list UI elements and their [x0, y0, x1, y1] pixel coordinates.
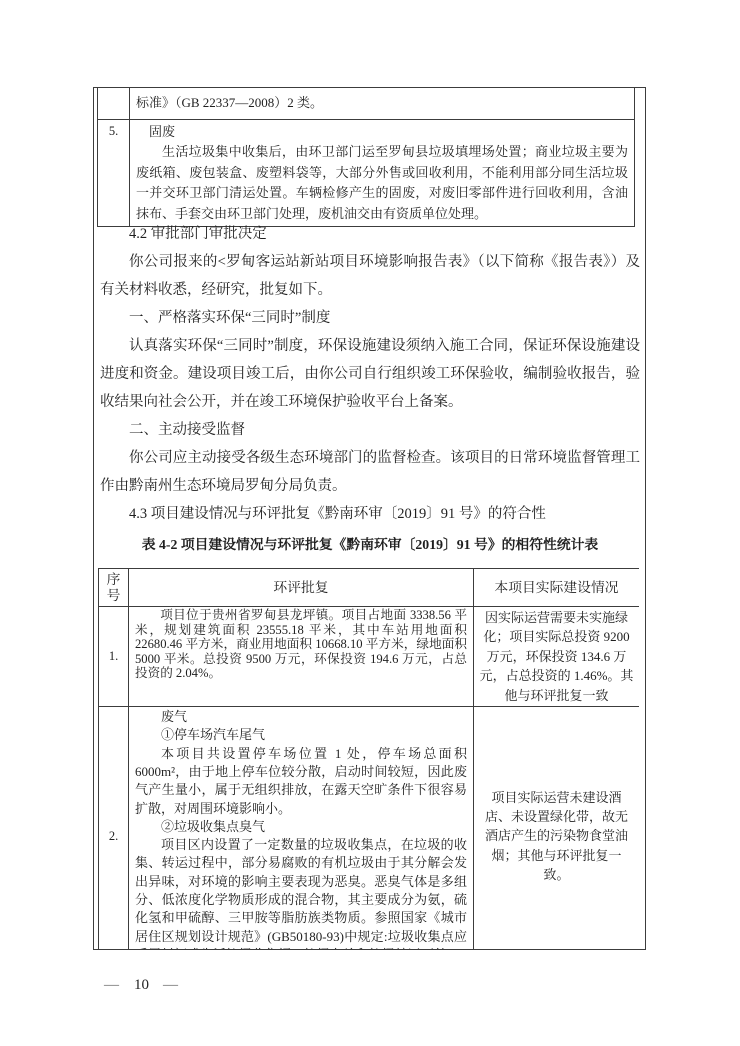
body-text: 4.2 审批部门审批决定 你公司报来的<罗甸客运站新站项目环境影响报告表》（以下…: [100, 220, 640, 557]
header-seq-no: 序号: [99, 569, 129, 607]
approval-paragraph: ①停车场汽车尾气: [135, 726, 467, 744]
section-4-2-heading: 4.2 审批部门审批决定: [100, 220, 640, 248]
row-number-cell: [98, 88, 130, 120]
header-approval: 环评批复: [129, 569, 474, 607]
approval-paragraph: 本项目共设置停车场位置 1 处，停车场总面积 6000m²，由于地上停车位较分散…: [135, 745, 467, 818]
continuation-text: 标准》（GB 22337—2008）2 类。: [136, 93, 628, 113]
actual-cell: 因实际运营需要未实施绿化；项目实际总投资 9200 万元，环保投资 134.6 …: [474, 607, 640, 707]
row-text-cell: 标准》（GB 22337—2008）2 类。: [130, 88, 635, 120]
row-number-cell: 1.: [99, 607, 129, 707]
approval-paragraph: 项目区内设置了一定数量的垃圾收集点，在垃圾的收集、转运过程中，部分易腐败的有机垃…: [135, 836, 467, 949]
table-row: 标准》（GB 22337—2008）2 类。: [98, 88, 635, 120]
table-row: 5. 固废 生活垃圾集中收集后，由环卫部门运至罗甸县垃圾填埋场处置；商业垃圾主要…: [98, 120, 635, 227]
approval-text: 项目位于贵州省罗甸县龙坪镇。项目占地面 3338.56 平米，规划建筑面积 23…: [135, 608, 467, 681]
approval-paragraph: 废气: [135, 708, 467, 726]
footer-right-dash: —: [163, 977, 179, 994]
table-row: 2. 废气 ①停车场汽车尾气 本项目共设置停车场位置 1 处，停车场总面积 60…: [99, 707, 640, 949]
page-footer: — 10 —: [104, 977, 179, 994]
footer-left-dash: —: [104, 977, 120, 994]
approval-paragraph: ②垃圾收集点臭气: [135, 818, 467, 836]
section-4-3-heading: 4.3 项目建设情况与环评批复《黔南环审〔2019〕91 号》的符合性: [100, 500, 640, 528]
row-number-cell: 2.: [99, 707, 129, 949]
header-actual: 本项目实际建设情况: [474, 569, 640, 607]
item-1-body: 认真落实环保“三同时”制度，环保设施建设须纳入施工合同，保证环保设施建设进度和资…: [100, 332, 640, 416]
table-4-2: 序号 环评批复 本项目实际建设情况 1. 项目位于贵州省罗甸县龙坪镇。项目占地面…: [98, 568, 639, 949]
page-number: 10: [134, 977, 149, 994]
document-page: { "page": { "number": "10", "footer_left…: [0, 0, 740, 1046]
table-row: 1. 项目位于贵州省罗甸县龙坪镇。项目占地面 3338.56 平米，规划建筑面积…: [99, 607, 640, 707]
item-2-heading: 二、主动接受监督: [100, 416, 640, 444]
solid-waste-title: 固废: [136, 122, 628, 142]
approval-cell: 废气 ①停车场汽车尾气 本项目共设置停车场位置 1 处，停车场总面积 6000m…: [129, 707, 474, 949]
table-4-2-wrapper: 序号 环评批复 本项目实际建设情况 1. 项目位于贵州省罗甸县龙坪镇。项目占地面…: [98, 568, 639, 949]
table-header-row: 序号 环评批复 本项目实际建设情况: [99, 569, 640, 607]
approval-cell: 项目位于贵州省罗甸县龙坪镇。项目占地面 3338.56 平米，规划建筑面积 23…: [129, 607, 474, 707]
top-table: 标准》（GB 22337—2008）2 类。 5. 固废 生活垃圾集中收集后，由…: [97, 87, 635, 227]
item-2-body: 你公司应主动接受各级生态环境部门的监督检查。该项目的日常环境监督管理工作由黔南州…: [100, 444, 640, 500]
table-4-2-caption: 表 4-2 项目建设情况与环评批复《黔南环审〔2019〕91 号》的相符性统计表: [100, 533, 640, 557]
row-text-cell: 固废 生活垃圾集中收集后，由环卫部门运至罗甸县垃圾填埋场处置；商业垃圾主要为废纸…: [130, 120, 635, 227]
page-frame: 标准》（GB 22337—2008）2 类。 5. 固废 生活垃圾集中收集后，由…: [93, 87, 646, 950]
solid-waste-body: 生活垃圾集中收集后，由环卫部门运至罗甸县垃圾填埋场处置；商业垃圾主要为废纸箱、废…: [136, 142, 628, 224]
item-1-heading: 一、严格落实环保“三同时”制度: [100, 304, 640, 332]
actual-cell: 项目实际运营未建设酒店、未设置绿化带，故无酒店产生的污染物食堂油烟；其他与环评批…: [474, 707, 640, 949]
row-number-cell: 5.: [98, 120, 130, 227]
section-4-2-paragraph: 你公司报来的<罗甸客运站新站项目环境影响报告表》（以下简称《报告表》）及有关材料…: [100, 248, 640, 304]
